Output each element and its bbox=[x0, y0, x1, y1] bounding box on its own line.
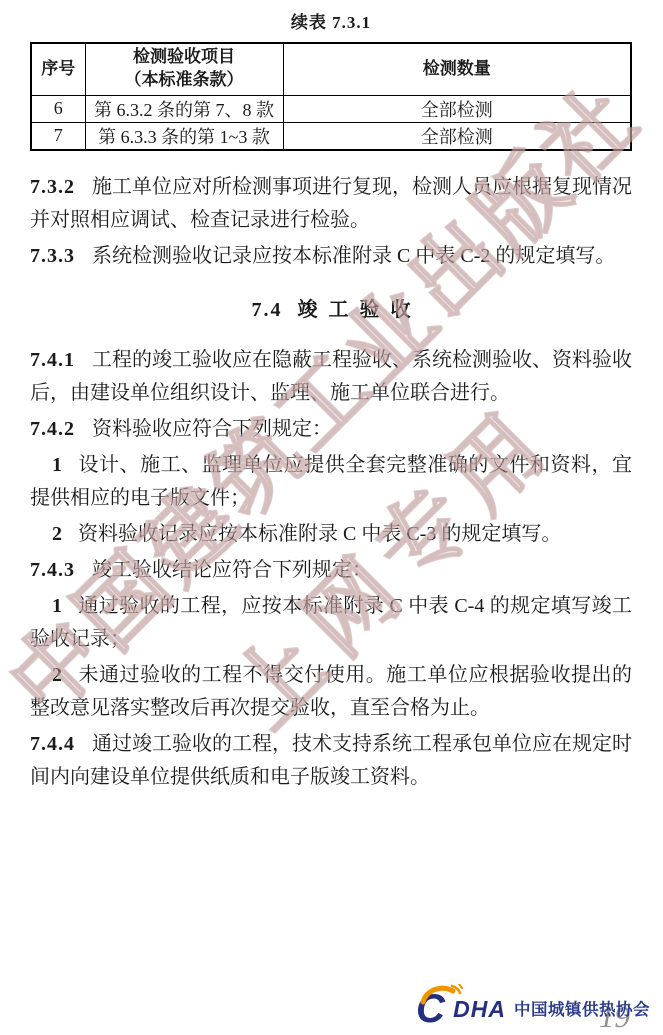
clause-text: 通过竣工验收的工程，技术支持系统工程承包单位应在规定时间内向建设单位提供纸质和电… bbox=[30, 733, 632, 788]
subitem-7-4-2-2: 2资料验收记录应按本标准附录 C 中表 C-3 的规定填写。 bbox=[30, 518, 632, 551]
clause-number: 7.4.3 bbox=[30, 559, 75, 581]
cell-quantity: 全部检测 bbox=[283, 95, 631, 122]
document-page: 中国建筑工业出版社 上网专用 续表 7.3.1 序号 检测验收项目 （本标准条款… bbox=[0, 0, 663, 1035]
subitem-7-4-3-1: 1通过验收的工程，应按本标准附录 C 中表 C-4 的规定填写竣工验收记录； bbox=[30, 590, 632, 656]
header-inspection-item-line1: 检测验收项目 bbox=[88, 46, 281, 69]
clause-7-3-3: 7.3.3系统检测验收记录应按本标准附录 C 中表 C-2 的规定填写。 bbox=[30, 240, 632, 273]
clause-7-4-1: 7.4.1工程的竣工验收应在隐蔽工程验收、系统检测验收、资料验收后，由建设单位组… bbox=[30, 344, 632, 410]
clause-text: 资料验收应符合下列规定： bbox=[92, 418, 332, 440]
logo-acronym: DHA bbox=[453, 996, 506, 1023]
clause-number: 7.3.3 bbox=[30, 245, 75, 267]
table-row: 7 第 6.3.3 条的第 1~3 款 全部检测 bbox=[31, 122, 631, 150]
subitem-text: 资料验收记录应按本标准附录 C 中表 C-3 的规定填写。 bbox=[78, 523, 561, 545]
clause-7-3-2: 7.3.2施工单位应对所检测事项进行复现，检测人员应根据复现情况并对照相应调试、… bbox=[30, 171, 632, 237]
clause-number: 7.4.4 bbox=[30, 733, 75, 755]
header-inspection-item-line2: （本标准条款） bbox=[88, 69, 281, 92]
clause-text: 系统检测验收记录应按本标准附录 C 中表 C-2 的规定填写。 bbox=[92, 245, 615, 267]
clause-7-4-3: 7.4.3竣工验收结论应符合下列规定： bbox=[30, 554, 632, 587]
subitem-number: 1 bbox=[52, 595, 62, 617]
clause-text: 竣工验收结论应符合下列规定： bbox=[92, 559, 372, 581]
subitem-7-4-2-1: 1设计、施工、监理单位应提供全套完整准确的文件和资料，宜提供相应的电子版文件； bbox=[30, 449, 632, 515]
table-header-row: 序号 检测验收项目 （本标准条款） 检测数量 bbox=[31, 43, 631, 95]
header-inspection-item: 检测验收项目 （本标准条款） bbox=[85, 43, 283, 95]
table-title: 续表 7.3.1 bbox=[30, 8, 632, 33]
clause-7-4-4: 7.4.4通过竣工验收的工程，技术支持系统工程承包单位应在规定时间内向建设单位提… bbox=[30, 728, 632, 794]
table-row: 6 第 6.3.2 条的第 7、8 款 全部检测 bbox=[31, 95, 631, 122]
inspection-acceptance-table: 序号 检测验收项目 （本标准条款） 检测数量 6 第 6.3.2 条的第 7、8… bbox=[30, 42, 632, 151]
subitem-number: 1 bbox=[52, 454, 62, 476]
cell-serial: 6 bbox=[31, 95, 85, 122]
cell-serial: 7 bbox=[31, 122, 85, 150]
section-number: 7.4 bbox=[252, 299, 283, 321]
cell-item: 第 6.3.3 条的第 1~3 款 bbox=[85, 122, 283, 150]
subitem-text: 设计、施工、监理单位应提供全套完整准确的文件和资料，宜提供相应的电子版文件； bbox=[30, 454, 632, 509]
header-inspection-quantity: 检测数量 bbox=[283, 43, 631, 95]
section-heading-7-4: 7.4竣工验收 bbox=[30, 294, 632, 327]
subitem-7-4-3-2: 2未通过验收的工程不得交付使用。施工单位应根据验收提出的整改意见落实整改后再次提… bbox=[30, 659, 632, 725]
subitem-number: 2 bbox=[52, 523, 62, 545]
cdha-logo: C DHA 中国城镇供热协会 bbox=[416, 984, 650, 1026]
subitem-text: 通过验收的工程，应按本标准附录 C 中表 C-4 的规定填写竣工验收记录； bbox=[30, 595, 632, 650]
body-text: 7.3.2施工单位应对所检测事项进行复现，检测人员应根据复现情况并对照相应调试、… bbox=[30, 171, 632, 794]
header-serial-number: 序号 bbox=[31, 43, 85, 95]
clause-text: 工程的竣工验收应在隐蔽工程验收、系统检测验收、资料验收后，由建设单位组织设计、监… bbox=[30, 349, 632, 404]
cell-quantity: 全部检测 bbox=[283, 122, 631, 150]
clause-text: 施工单位应对所检测事项进行复现，检测人员应根据复现情况并对照相应调试、检查记录进… bbox=[30, 176, 632, 231]
section-title: 竣工验收 bbox=[298, 299, 422, 321]
page-content: 续表 7.3.1 序号 检测验收项目 （本标准条款） 检测数量 6 第 6.3.… bbox=[0, 0, 663, 794]
logo-name: 中国城镇供热协会 bbox=[514, 996, 650, 1020]
subitem-number: 2 bbox=[52, 664, 62, 686]
clause-number: 7.3.2 bbox=[30, 176, 75, 198]
clause-number: 7.4.2 bbox=[30, 418, 75, 440]
subitem-text: 未通过验收的工程不得交付使用。施工单位应根据验收提出的整改意见落实整改后再次提交… bbox=[30, 664, 632, 719]
clause-7-4-2: 7.4.2资料验收应符合下列规定： bbox=[30, 413, 632, 446]
clause-number: 7.4.1 bbox=[30, 349, 75, 371]
cell-item: 第 6.3.2 条的第 7、8 款 bbox=[85, 95, 283, 122]
